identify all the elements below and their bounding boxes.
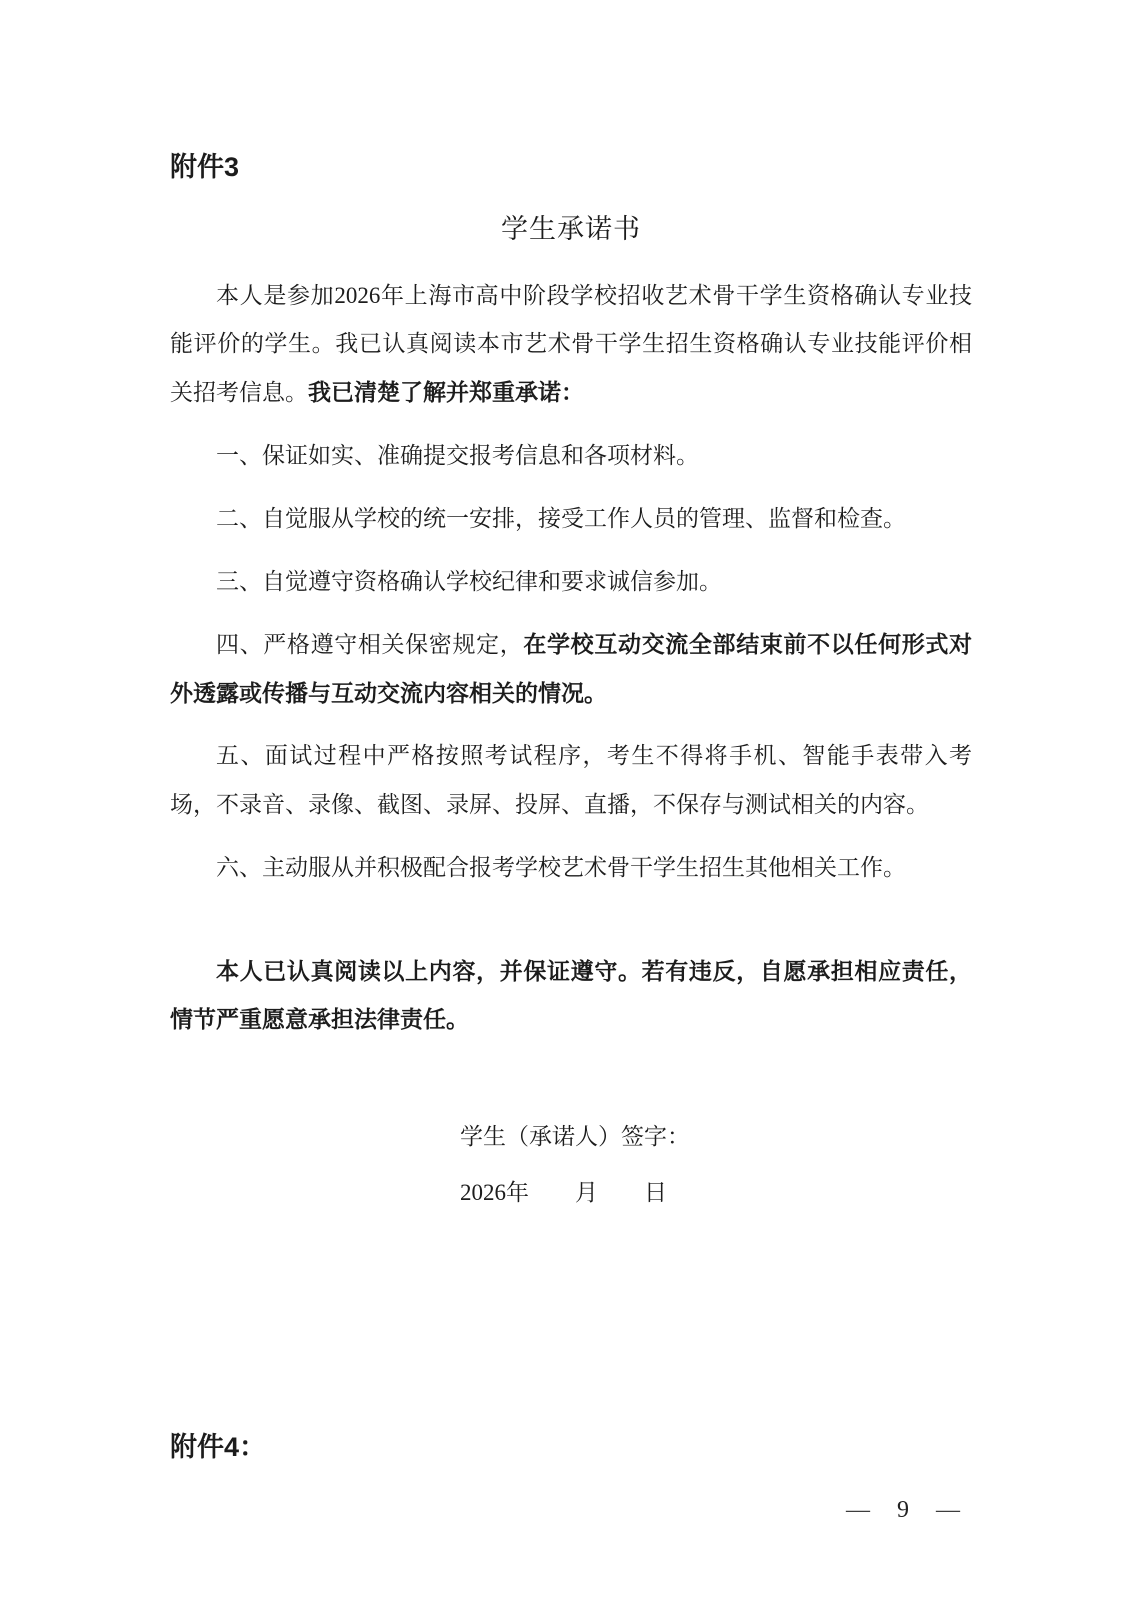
attachment3-label: 附件3: [170, 150, 972, 184]
document-page: { "document": { "attachment3": "附件3", "t…: [0, 0, 1139, 1611]
commitment-item-2: 二、自觉服从学校的统一安排，接受工作人员的管理、监督和检查。: [170, 494, 972, 543]
closing-paragraph: 本人已认真阅读以上内容，并保证遵守。若有违反，自愿承担相应责任，情节严重愿意承担…: [170, 947, 972, 1043]
item-3-text: 三、自觉遵守资格确认学校纪律和要求诚信参加。: [216, 569, 722, 594]
item-1-text: 一、保证如实、准确提交报考信息和各项材料。: [216, 443, 699, 468]
commitment-item-1: 一、保证如实、准确提交报考信息和各项材料。: [170, 431, 972, 480]
document-title: 学生承诺书: [170, 210, 972, 248]
commitment-item-4: 四、严格遵守相关保密规定，在学校互动交流全部结束前不以任何形式对外透露或传播与互…: [170, 620, 972, 718]
page-number-right-dash: —: [936, 1497, 960, 1523]
document-body: 附件3 学生承诺书 本人是参加2026年上海市高中阶段学校招收艺术骨干学生资格确…: [170, 150, 972, 1464]
intro-bold-text: 我已清楚了解并郑重承诺：: [308, 379, 584, 405]
commitment-item-6: 六、主动服从并积极配合报考学校艺术骨干学生招生其他相关工作。: [170, 843, 972, 892]
commitment-item-3: 三、自觉遵守资格确认学校纪律和要求诚信参加。: [170, 557, 972, 606]
signature-label: 学生（承诺人）签字：: [460, 1113, 972, 1161]
attachment4-label: 附件4：: [170, 1430, 972, 1464]
date-line: 2026年 月 日: [460, 1169, 972, 1217]
item-5-text: 五、面试过程中严格按照考试程序，考生不得将手机、智能手表带入考场，不录音、录像、…: [170, 743, 972, 817]
item-2-text: 二、自觉服从学校的统一安排，接受工作人员的管理、监督和检查。: [216, 506, 906, 531]
page-number: —9—: [846, 1497, 960, 1523]
intro-paragraph: 本人是参加2026年上海市高中阶段学校招收艺术骨干学生资格确认专业技能评价的学生…: [170, 272, 972, 417]
commitment-item-5: 五、面试过程中严格按照考试程序，考生不得将手机、智能手表带入考场，不录音、录像、…: [170, 732, 972, 829]
item-4-text: 四、严格遵守相关保密规定，: [216, 632, 523, 657]
item-6-text: 六、主动服从并积极配合报考学校艺术骨干学生招生其他相关工作。: [216, 855, 906, 880]
page-number-value: 9: [897, 1497, 909, 1523]
page-number-left-dash: —: [846, 1497, 870, 1523]
